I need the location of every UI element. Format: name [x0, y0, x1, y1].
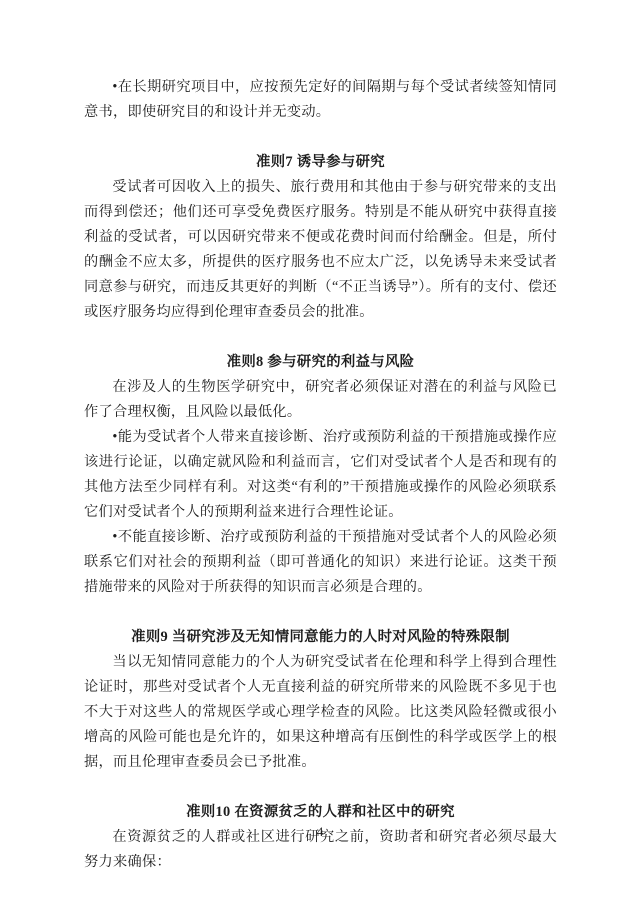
bullet-item-beneficial-interventions: •能为受试者个人带来直接诊断、治疗或预防利益的干预措施或操作应该进行论证，以确定…: [84, 425, 557, 525]
guideline-7-heading: 准则7 诱导参与研究: [84, 150, 557, 175]
guideline-9-body: 当以无知情同意能力的个人为研究受试者在伦理和科学上得到合理性论证时，那些对受试者…: [84, 650, 557, 775]
document-page: •在长期研究项目中，应按预先定好的间隔期与每个受试者续签知情同意书，即使研究目的…: [0, 0, 640, 905]
guideline-9-heading: 准则9 当研究涉及无知情同意能力的人时对风险的特殊限制: [84, 625, 557, 650]
bullet-item-non-beneficial-interventions: •不能直接诊断、治疗或预防利益的干预措施对受试者个人的风险必须联系它们对社会的预…: [84, 525, 557, 600]
page-number: 4: [0, 822, 640, 842]
guideline-7-body: 受试者可因收入上的损失、旅行费用和其他由于参与研究带来的支出而得到偿还；他们还可…: [84, 175, 557, 325]
guideline-8-body: 在涉及人的生物医学研究中，研究者必须保证对潜在的利益与风险已作了合理权衡，且风险…: [84, 375, 557, 425]
document-body: •在长期研究项目中，应按预先定好的间隔期与每个受试者续签知情同意书，即使研究目的…: [84, 75, 557, 875]
guideline-8-heading: 准则8 参与研究的利益与风险: [84, 350, 557, 375]
bullet-item-renew-consent: •在长期研究项目中，应按预先定好的间隔期与每个受试者续签知情同意书，即使研究目的…: [84, 75, 557, 125]
